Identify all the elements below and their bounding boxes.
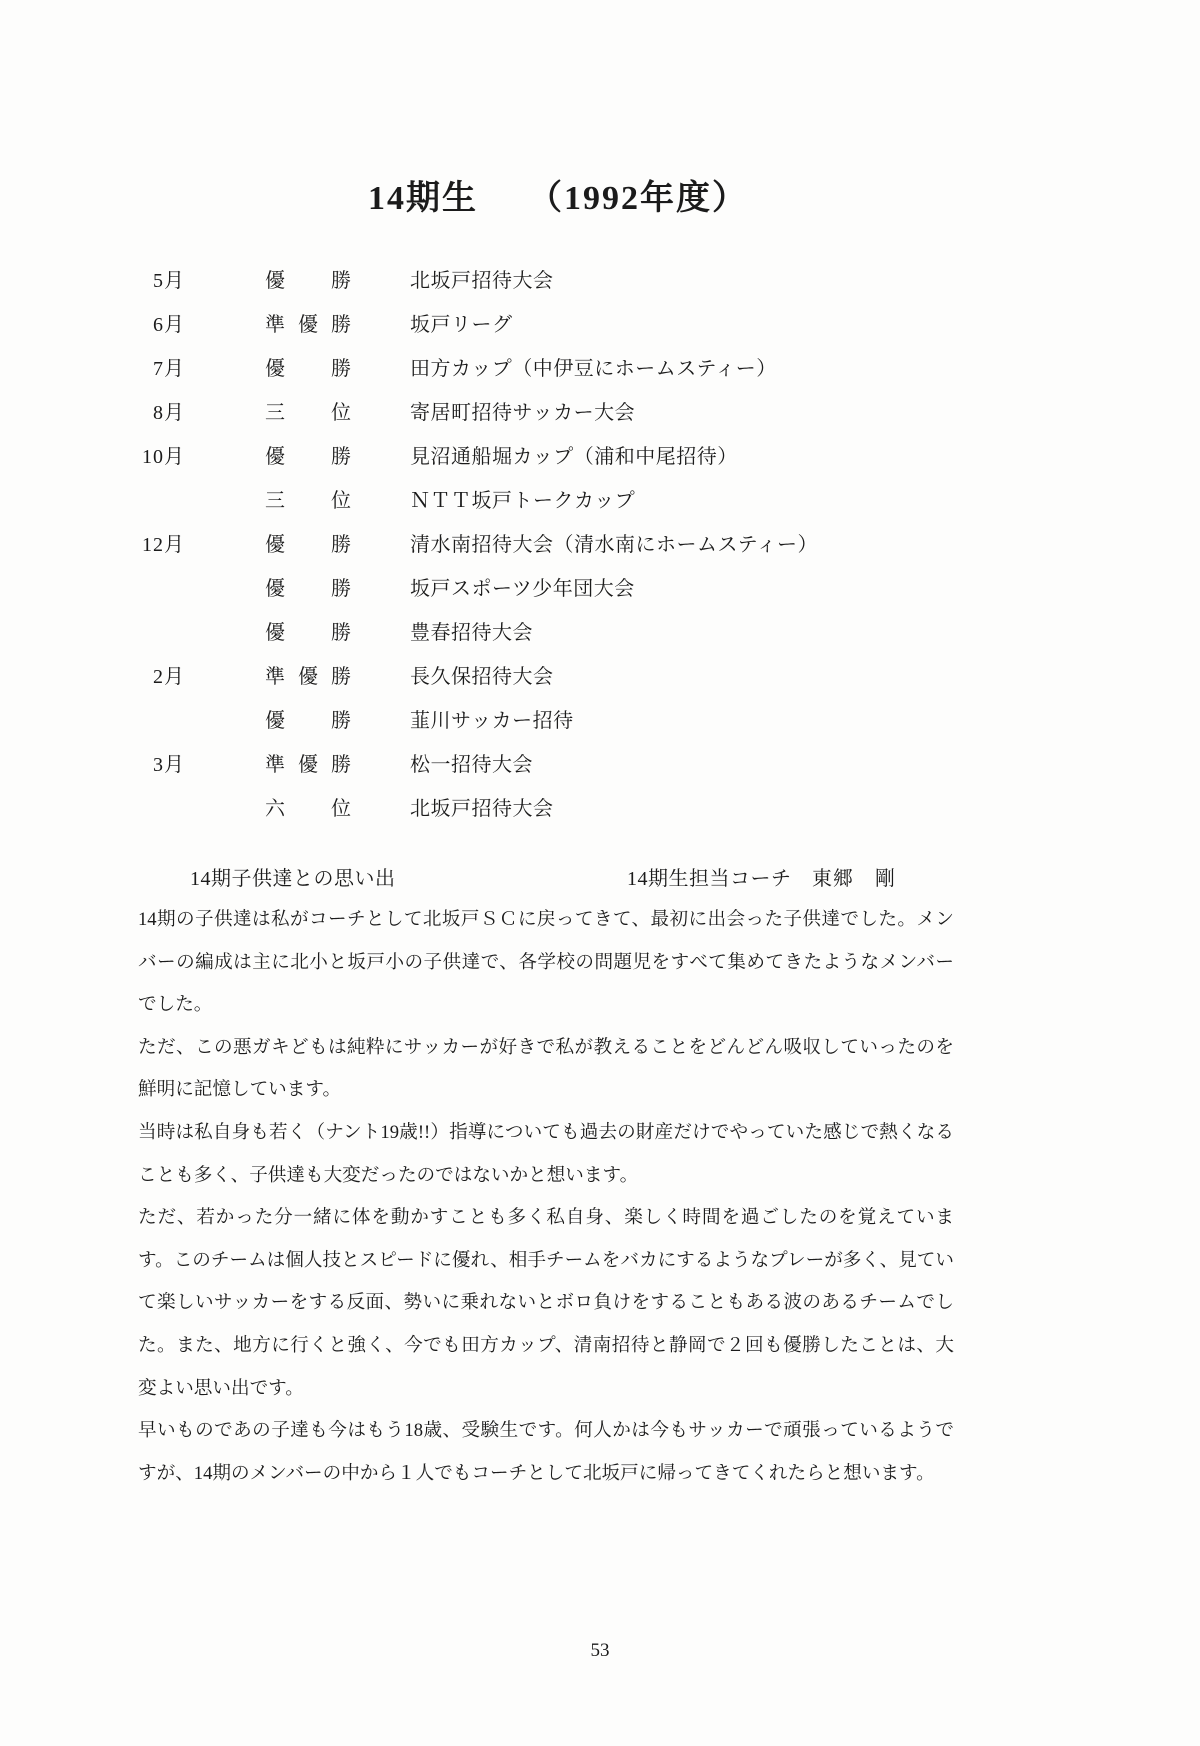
rank-cell: 優勝 [265, 704, 351, 733]
table-row: 12月 優勝 清水南招待大会（清水南にホームスティー） [140, 520, 1060, 564]
memoir-paragraph: ただ、若かった分一緒に体を動かすことも多く私自身、楽しく時間を過ごしたのを覚えて… [138, 1197, 954, 1410]
month-cell: 5月 [140, 264, 185, 293]
rank-cell: 優勝 [265, 352, 351, 381]
rank-cell: 準優勝 [265, 748, 351, 777]
memoir-body: 14期の子供達は私がコーチとして北坂戸ＳＣに戻ってきて、最初に出会った子供達でし… [138, 899, 954, 1495]
rank-cell: 三位 [265, 396, 351, 425]
table-row: 優勝 坂戸スポーツ少年団大会 [140, 564, 1060, 608]
month-cell: 7月 [140, 352, 185, 381]
table-row: 優勝 豊春招待大会 [140, 608, 1060, 652]
rank-cell: 六位 [265, 792, 351, 821]
month-cell: 6月 [140, 308, 185, 337]
memoir-paragraph: 当時は私自身も若く（ナント19歳!!）指導についても過去の財産だけでやっていた感… [138, 1112, 954, 1197]
table-row: 六位 北坂戸招待大会 [140, 784, 1060, 828]
title-year: （1992年度） [528, 180, 748, 217]
memoir-paragraph: 早いものであの子達も今はもう18歳、受験生です。何人かは今もサッカーで頑張ってい… [138, 1410, 954, 1495]
event-cell: ＮＴＴ坂戸トークカップ [410, 484, 635, 513]
rank-cell: 優勝 [265, 528, 351, 557]
table-row: 3月 準優勝 松一招待大会 [140, 740, 1060, 784]
title-main: 14期生 [368, 180, 478, 217]
event-cell: 見沼通船堀カップ（浦和中尾招待） [410, 440, 738, 469]
table-row: 10月 優勝 見沼通船堀カップ（浦和中尾招待） [140, 432, 1060, 476]
memoir-paragraph: ただ、この悪ガキどもは純粋にサッカーが好きで私が教えることをどんどん吸収していっ… [138, 1027, 954, 1112]
event-cell: 松一招待大会 [410, 748, 533, 777]
coach-label: 14期生担当コーチ [627, 862, 792, 891]
month-cell: 10月 [140, 440, 185, 469]
page-number: 53 [0, 1640, 1200, 1662]
event-cell: 北坂戸招待大会 [410, 264, 554, 293]
rank-cell: 準優勝 [265, 660, 351, 689]
table-row: 5月 優勝 北坂戸招待大会 [140, 256, 1060, 300]
memoir-paragraph: 14期の子供達は私がコーチとして北坂戸ＳＣに戻ってきて、最初に出会った子供達でし… [138, 899, 954, 1027]
results-table: 5月 優勝 北坂戸招待大会 6月 準優勝 坂戸リーグ 7月 優勝 田方カップ（中… [140, 256, 1060, 828]
rank-cell: 優勝 [265, 264, 351, 293]
table-row: 7月 優勝 田方カップ（中伊豆にホームスティー） [140, 344, 1060, 388]
rank-cell: 優勝 [265, 616, 351, 645]
event-cell: 北坂戸招待大会 [410, 792, 554, 821]
event-cell: 韮川サッカー招待 [410, 704, 574, 733]
month-cell: 8月 [140, 396, 185, 425]
month-cell: 3月 [140, 748, 185, 777]
rank-cell: 優勝 [265, 440, 351, 469]
page-title: 14期生（1992年度） [368, 170, 748, 219]
event-cell: 坂戸リーグ [410, 308, 513, 337]
event-cell: 田方カップ（中伊豆にホームスティー） [410, 352, 777, 381]
month-cell: 2月 [140, 660, 185, 689]
event-cell: 長久保招待大会 [410, 660, 554, 689]
month-cell: 12月 [140, 528, 185, 557]
rank-cell: 準優勝 [265, 308, 351, 337]
table-row: 8月 三位 寄居町招待サッカー大会 [140, 388, 1060, 432]
event-cell: 寄居町招待サッカー大会 [410, 396, 635, 425]
coach-name: 東郷 剛 [812, 862, 896, 891]
table-row: 6月 準優勝 坂戸リーグ [140, 300, 1060, 344]
table-row: 三位 ＮＴＴ坂戸トークカップ [140, 476, 1060, 520]
event-cell: 坂戸スポーツ少年団大会 [410, 572, 635, 601]
event-cell: 清水南招待大会（清水南にホームスティー） [410, 528, 818, 557]
table-row: 優勝 韮川サッカー招待 [140, 696, 1060, 740]
table-row: 2月 準優勝 長久保招待大会 [140, 652, 1060, 696]
document-page: 14期生（1992年度） 5月 優勝 北坂戸招待大会 6月 準優勝 坂戸リーグ … [0, 0, 1200, 1746]
event-cell: 豊春招待大会 [410, 616, 533, 645]
rank-cell: 三位 [265, 484, 351, 513]
memoir-heading: 14期子供達との思い出 [190, 862, 396, 891]
rank-cell: 優勝 [265, 572, 351, 601]
